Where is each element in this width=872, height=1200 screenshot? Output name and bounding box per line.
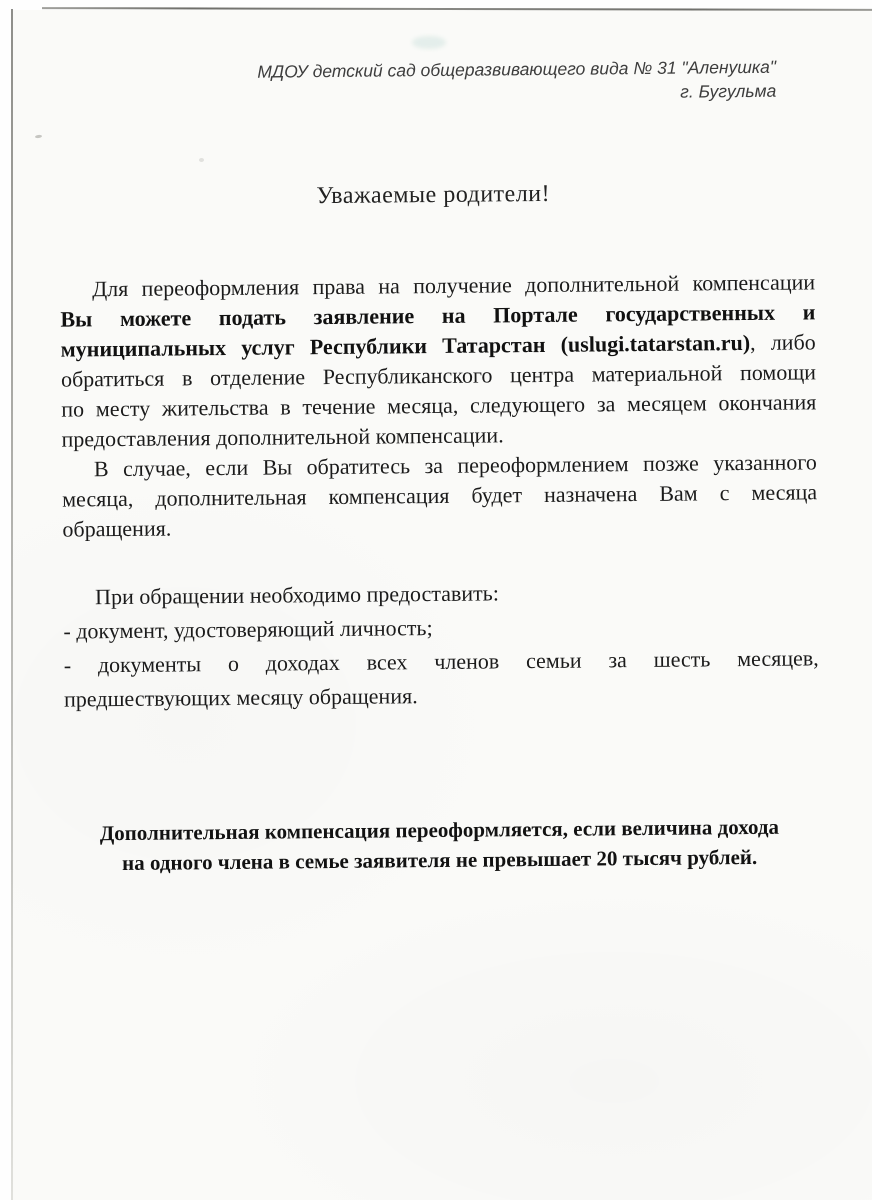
- text-segment: обращения.: [62, 516, 171, 542]
- text-segment: обратиться в отделение Республиканского …: [61, 359, 816, 391]
- organization-city: г. Бугульма: [257, 79, 776, 108]
- document-content: МДОУ детский сад общеразвивающего вида №…: [0, 0, 872, 1200]
- requirements-list: При обращении необходимо предоставить:- …: [63, 573, 819, 716]
- scanned-document-page: МДОУ детский сад общеразвивающего вида №…: [0, 0, 872, 1200]
- text-segment: При обращении необходимо предоставить:: [95, 580, 499, 609]
- text-line: предшествующих месяцу обращения.: [64, 675, 819, 716]
- text-segment: предшествующих месяцу обращения.: [64, 683, 418, 711]
- text-segment: , либо: [750, 329, 816, 355]
- footer-notice: Дополнительная компенсация переоформляет…: [48, 811, 831, 879]
- bold-text-segment: муниципальных услуг Республики Татарстан…: [61, 330, 751, 362]
- text-segment: месяца, дополнительная компенсация будет…: [62, 479, 817, 511]
- text-line: - документы о доходах всех членов семьи …: [64, 641, 819, 682]
- organization-header: МДОУ детский сад общеразвивающего вида №…: [257, 55, 776, 108]
- text-segment: - документ, удостоверяющий личность;: [63, 615, 432, 644]
- text-segment: В случае, если Вы обратитесь за переофор…: [94, 449, 817, 481]
- text-segment: - документы о доходах всех членов семьи …: [64, 645, 819, 677]
- text-segment: по месту жительства в течение месяца, сл…: [61, 389, 816, 421]
- main-paragraphs: Для переоформления права на получение до…: [60, 267, 818, 544]
- footer-notice-line: на одного члена в семье заявителя не пре…: [49, 841, 831, 879]
- text-segment: Для переоформления права на получение до…: [92, 269, 815, 301]
- page-title: Уважаемые родители!: [0, 178, 869, 213]
- bold-text-segment: Вы можете подать заявление на Портале го…: [60, 299, 815, 331]
- text-segment: предоставления дополнительной компенсаци…: [61, 422, 503, 451]
